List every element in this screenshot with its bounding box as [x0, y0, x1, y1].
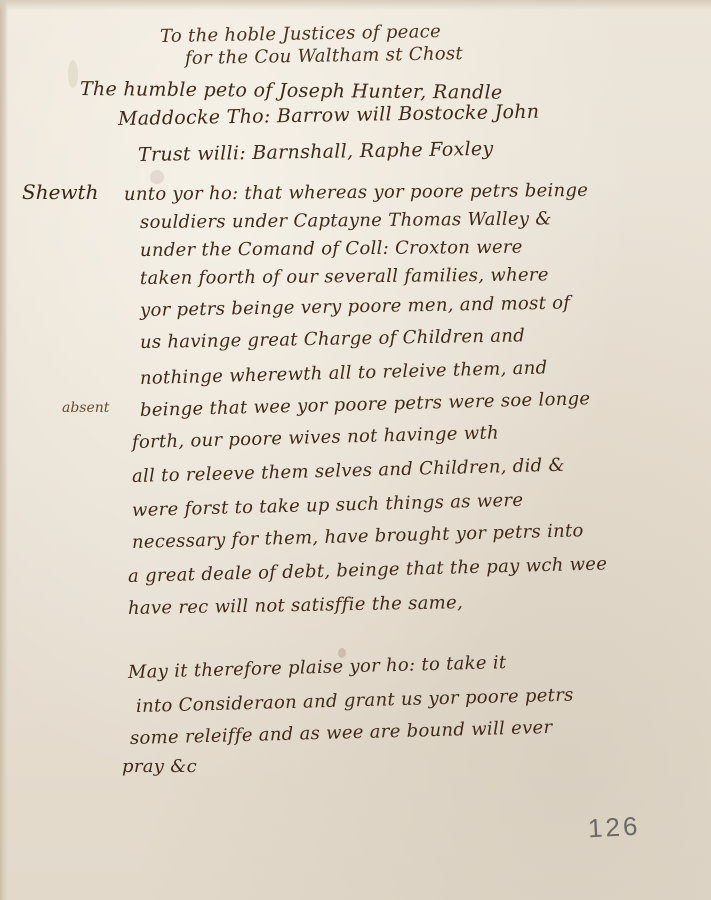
- prayer-line-4: pray &c: [122, 756, 197, 777]
- body-line-12: necessary for them, have brought yor pet…: [132, 520, 584, 553]
- body-line-14: have rec will not satisffie the same,: [128, 592, 463, 619]
- body-line-7: nothinge wherewth all to releive them, a…: [140, 357, 548, 389]
- address-line-1: To the hoble Justices of peace: [160, 21, 441, 47]
- margin-note-absent: absent: [62, 400, 109, 416]
- body-line-11: were forst to take up such things as wer…: [132, 490, 524, 521]
- body-line-2: souldiers under Captayne Thomas Walley &: [140, 208, 552, 233]
- paper-stain: [150, 170, 164, 184]
- body-line-1: unto yor ho: that whereas yor poore petr…: [124, 180, 588, 205]
- body-line-4: taken foorth of our severall families, w…: [140, 264, 549, 289]
- body-line-9: forth, our poore wives not havinge wth: [132, 422, 499, 453]
- petitioners-line-3: Trust willi: Barnshall, Raphe Foxley: [138, 138, 494, 166]
- folio-number: 126: [587, 811, 641, 845]
- showeth-label: Shewth: [22, 180, 98, 204]
- paper-stain: [68, 60, 78, 88]
- body-line-6: us havinge great Charge of Children and: [140, 325, 525, 353]
- prayer-line-1: May it therefore plaise yor ho: to take …: [128, 652, 507, 683]
- body-line-10: all to releeve them selves and Children,…: [132, 455, 565, 487]
- petitioners-line-2: Maddocke Tho: Barrow will Bostocke John: [118, 101, 540, 130]
- prayer-line-3: some releiffe and as wee are bound will …: [130, 717, 553, 749]
- prayer-line-2: into Consideraon and grant us yor poore …: [136, 685, 574, 717]
- petitioners-line-1: The humble peto of Joseph Hunter, Randle: [80, 78, 503, 104]
- body-line-13: a great deale of debt, beinge that the p…: [128, 553, 608, 587]
- manuscript-page: To the hoble Justices of peace for the C…: [0, 0, 711, 900]
- address-line-2: for the Cou Waltham st Chost: [185, 43, 463, 69]
- body-line-3: under the Comand of Coll: Croxton were: [140, 237, 523, 261]
- body-line-8: beinge that wee yor poore petrs were soe…: [140, 388, 591, 421]
- body-line-5: yor petrs beinge very poore men, and mos…: [140, 292, 571, 321]
